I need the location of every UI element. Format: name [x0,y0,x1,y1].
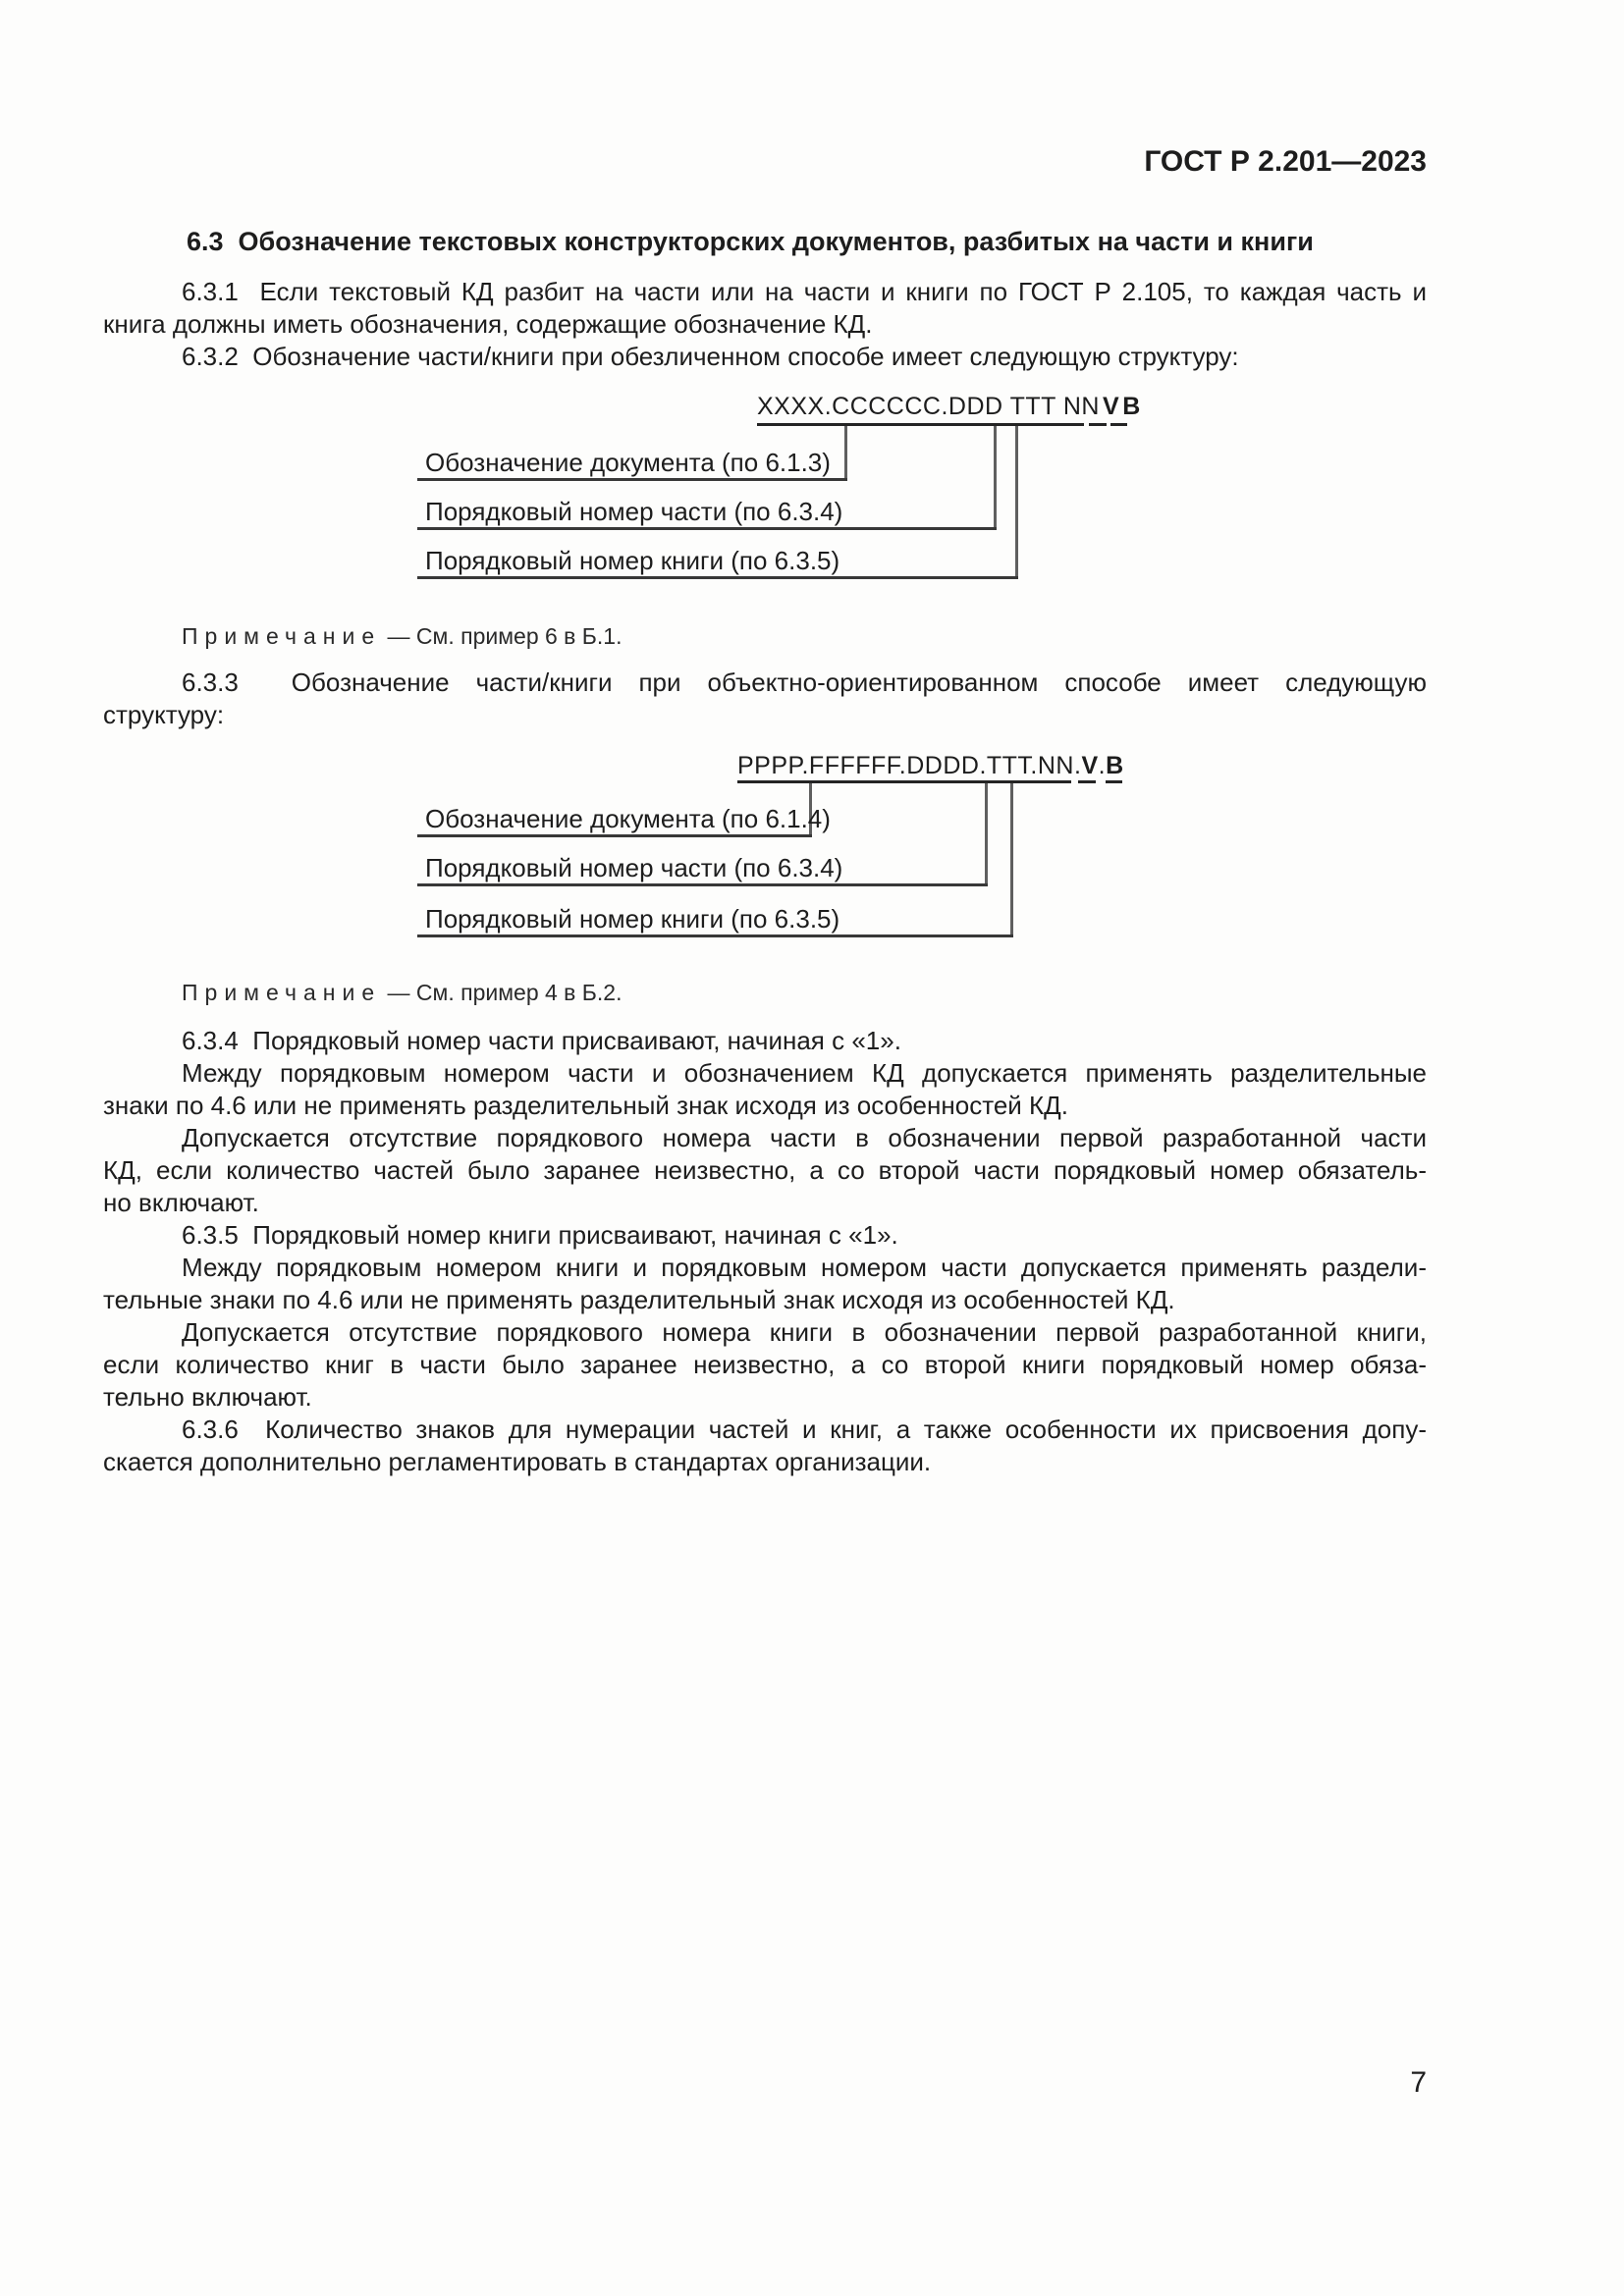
diagram-label-book: Порядковый номер книги (по 6.3.5) [417,545,1018,579]
paragraph-line: Допускается отсутствие порядкового номер… [103,1316,1427,1349]
diagram-label-part: Порядковый номер части (по 6.3.4) [417,496,997,530]
designation-code-1: XXXX.CCCCCC.DDD TTT NNVB [757,392,1141,421]
code-underline-book [1110,423,1127,426]
page-number: 7 [103,2066,1427,2099]
code-book-number-b: B [1122,393,1141,420]
code-underline-document [737,780,1071,783]
paragraph-line: скается дополнительно регламентировать в… [103,1446,1427,1478]
code-underline-part [1089,423,1107,426]
code-underline-part [1078,780,1096,783]
diagram-label-document: Обозначение документа (по 6.1.4) [417,803,812,837]
paragraph-line: структуру: [103,699,1427,731]
designation-code-2: PPPP.FFFFFF.DDDD.TTT.NN.V.B [737,751,1124,780]
clauses-6-3-4-to-6-3-6: 6.3.4 Порядковый номер части присваивают… [103,1025,1427,1478]
paragraph-line: знаки по 4.6 или не применять разделител… [103,1090,1427,1122]
paragraph-line: Допускается отсутствие порядкового номер… [103,1122,1427,1154]
paragraph-line: 6.3.5 Порядковый номер книги присваивают… [103,1219,1427,1252]
note-2: Примечание — См. пример 4 в Б.2. [103,978,1427,1007]
paragraph-line: 6.3.3 Обозначение части/книги при объект… [103,667,1427,699]
note-text: — См. пример 4 в Б.2. [381,980,622,1005]
paragraph-line: Между порядковым номером части и обознач… [103,1057,1427,1090]
paragraph-line: тельно включают. [103,1381,1427,1414]
paragraph-line: КД, если количество частей было заранее … [103,1154,1427,1187]
section-heading: 6.3 Обозначение текстовых конструкторски… [103,226,1427,258]
paragraph-6-3-3: 6.3.3 Обозначение части/книги при объект… [103,667,1427,731]
paragraph-line: если количество книг в части было заране… [103,1349,1427,1381]
note-text: — См. пример 6 в Б.1. [381,623,622,649]
paragraph-line: книга должны иметь обозначения, содержащ… [103,308,1427,341]
code-underline-book [1106,780,1122,783]
code-part-number-v: V [1103,393,1119,420]
paragraph-line: 6.3.6 Количество знаков для нумерации ча… [103,1414,1427,1446]
paragraph-line: Между порядковым номером книги и порядко… [103,1252,1427,1284]
paragraph-line: 6.3.1 Если текстовый КД разбит на части … [103,276,1427,308]
note-label: Примечание [182,623,381,649]
page-header-standard-number: ГОСТ Р 2.201—2023 [103,145,1427,178]
paragraph-line: 6.3.2 Обозначение части/книги при обезли… [103,341,1427,373]
code-prefix: PPPP.FFFFFF.DDDD.TTT.NN [737,752,1074,779]
paragraph-line: тельные знаки по 4.6 или не применять ра… [103,1284,1427,1316]
diagram-label-part: Порядковый номер части (по 6.3.4) [417,852,988,886]
document-page: ГОСТ Р 2.201—2023 6.3 Обозначение тексто… [0,0,1624,2296]
note-1: Примечание — См. пример 6 в Б.1. [103,621,1427,651]
diagram-label-document: Обозначение документа (по 6.1.3) [417,447,847,481]
code-underline-document [757,423,1084,426]
paragraph-6-3-2: 6.3.2 Обозначение части/книги при обезли… [103,341,1427,373]
code-prefix: XXXX.CCCCCC.DDD TTT NN [757,393,1100,420]
paragraph-line: 6.3.4 Порядковый номер части присваивают… [103,1025,1427,1057]
note-label: Примечание [182,980,381,1005]
paragraph-6-3-1: 6.3.1 Если текстовый КД разбит на части … [103,276,1427,341]
code-book-number-b: B [1106,752,1124,779]
paragraph-line: но включают. [103,1187,1427,1219]
code-part-number-v: V [1081,752,1098,779]
diagram-label-book: Порядковый номер книги (по 6.3.5) [417,903,1013,937]
